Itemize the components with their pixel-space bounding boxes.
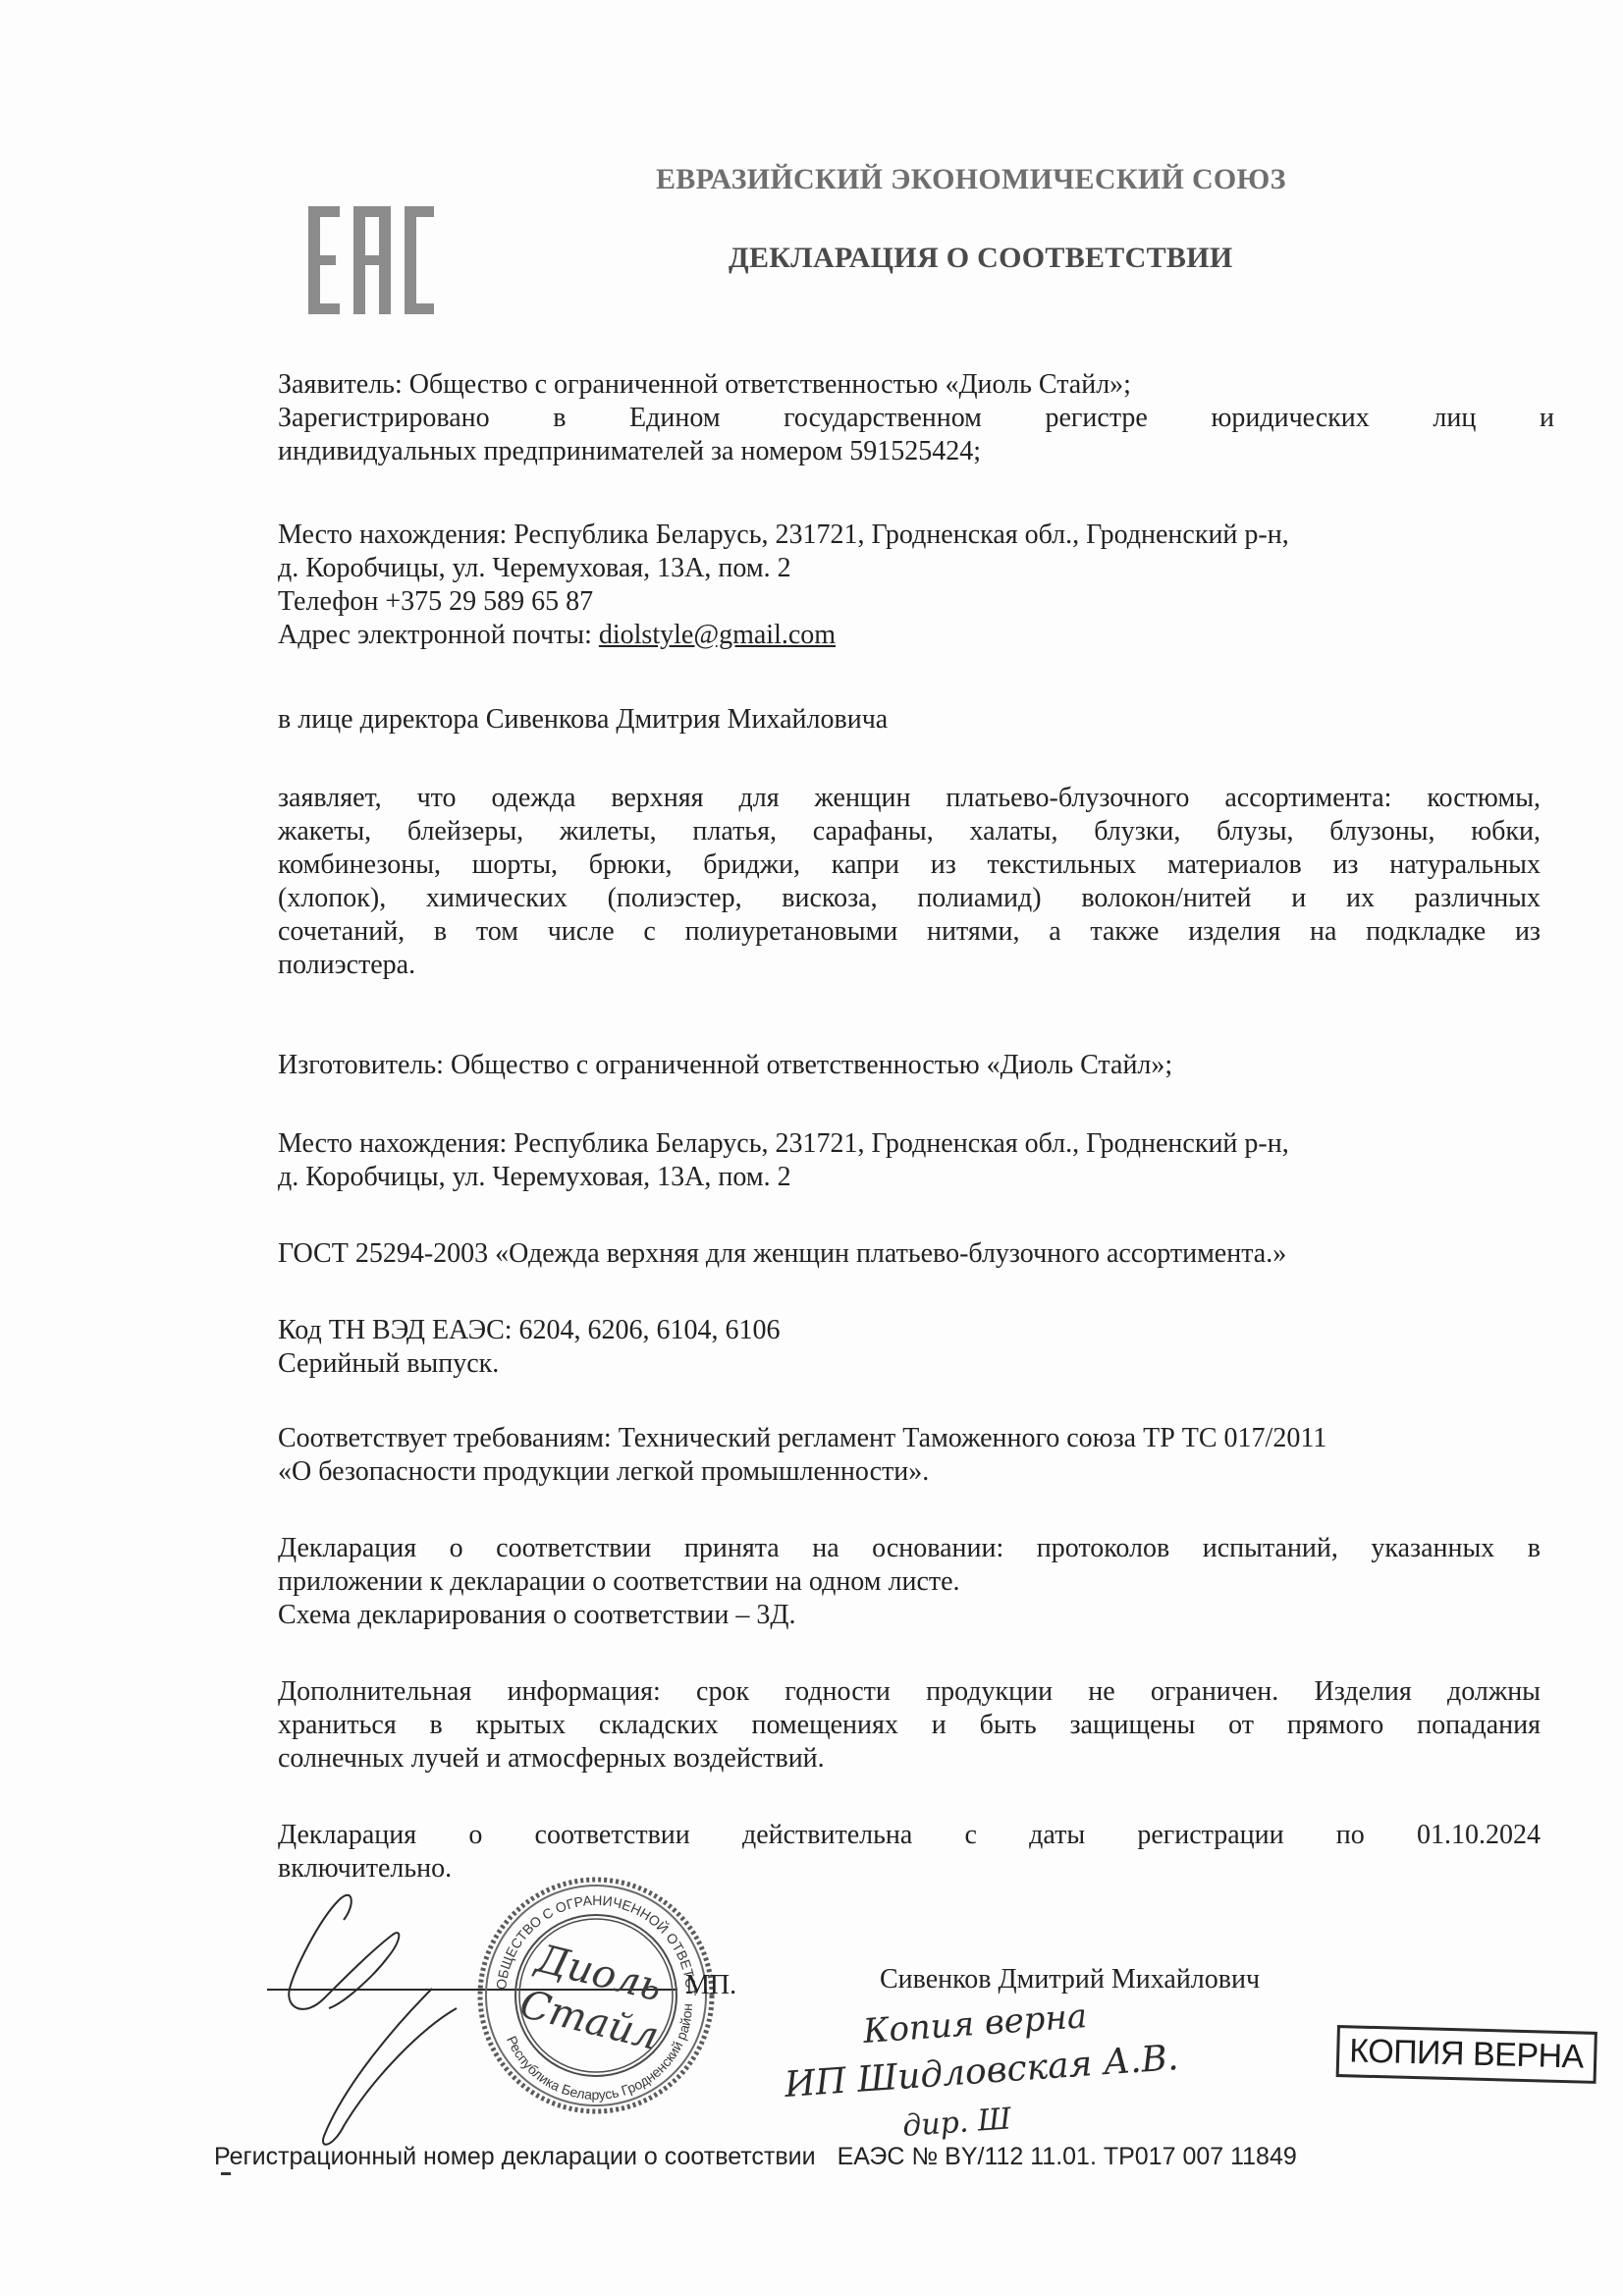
tn-ved-block: Код ТН ВЭД ЕАЭС: 6204, 6206, 6104, 6106 … — [278, 1314, 1554, 1381]
applicant-name: Заявитель: Общество с ограниченной ответ… — [278, 368, 1554, 402]
applicant-registration-line: ЗарегистрировановЕдиномгосударственномре… — [278, 402, 1554, 435]
email-link[interactable]: diolstyle@gmail.com — [599, 620, 836, 650]
validity-block: Декларация о соответствии действительна … — [278, 1819, 1541, 1886]
svg-text:ИП Шидловская А.В.: ИП Шидловская А.В. — [783, 2038, 1180, 2105]
manufacturer-address-block: Место нахождения: Республика Беларусь, 2… — [278, 1127, 1554, 1194]
address-line-1: Место нахождения: Республика Беларусь, 2… — [278, 519, 1554, 552]
registration-label: Регистрационный номер декларации о соотв… — [214, 2143, 816, 2170]
footer-dash — [221, 2172, 231, 2175]
additional-line-3: солнечных лучей и атмосферных воздействи… — [278, 1742, 1541, 1776]
applicant-registration-number: индивидуальных предпринимателей за номер… — [278, 435, 1554, 468]
seal-place-label: МП. — [685, 1970, 736, 2001]
manufacturer: Изготовитель: Общество с ограниченной от… — [278, 1049, 1554, 1082]
declaration-block: заявляет, что одежда верхняя для женщин … — [278, 782, 1541, 982]
registration-footer: Регистрационный номер декларации о соотв… — [214, 2143, 1297, 2171]
company-stamp-icon: ОБЩЕСТВО С ОГРАНИЧЕННОЙ ОТВЕТСТВЕННОСТЬЮ… — [476, 1876, 717, 2116]
declaration-line: сочетаний, в том числе с полиуретановыми… — [278, 915, 1541, 949]
manufacturer-address-line-2: д. Коробчицы, ул. Черемуховая, 13А, пом.… — [278, 1161, 1554, 1194]
compliance-block: Соответствует требованиям: Технический р… — [278, 1422, 1554, 1489]
tn-ved-code: Код ТН ВЭД ЕАЭС: 6204, 6206, 6104, 6106 — [278, 1314, 1554, 1347]
document-title: ДЕКЛАРАЦИЯ О СООТВЕТСТВИИ — [729, 242, 1232, 275]
validity-line-1: Декларация о соответствии действительна … — [278, 1819, 1541, 1852]
copy-certified-stamp: КОПИЯ ВЕРНА — [1336, 2025, 1597, 2084]
handwritten-certification-icon: Копия верна ИП Шидловская А.В. дир. Ш — [776, 2003, 1325, 2141]
email-row: Адрес электронной почты: diolstyle@gmail… — [278, 619, 1554, 652]
compliance-line-1: Соответствует требованиям: Технический р… — [278, 1422, 1554, 1455]
additional-info-block: Дополнительная информация: срок годности… — [278, 1675, 1541, 1776]
svg-text:Копия верна: Копия верна — [861, 2003, 1088, 2051]
gost-standard: ГОСТ 25294-2003 «Одежда верхняя для женщ… — [278, 1237, 1554, 1271]
document-page: ЕВРАЗИЙСКИЙ ЭКОНОМИЧЕСКИЙ СОЮЗ ДЕКЛАРАЦИ… — [0, 0, 1623, 2296]
applicant-address-block: Место нахождения: Республика Беларусь, 2… — [278, 519, 1554, 652]
eac-logo-icon — [308, 206, 434, 314]
declaration-line: (хлопок), химических (полиэстер, вискоза… — [278, 882, 1541, 915]
svg-text:дир. Ш: дир. Ш — [901, 2102, 1013, 2141]
signer-name: Сивенков Дмитрий Михайлович — [880, 1964, 1260, 1995]
additional-line-2: храниться в крытых складских помещениях … — [278, 1709, 1541, 1742]
declaration-line: комбинезоны, шорты, брюки, бриджи, капри… — [278, 848, 1541, 882]
registration-number: ЕАЭС № BY/112 11.01. ТР017 007 11849 — [838, 2143, 1297, 2170]
basis-line-2: приложении к декларации о соответствии н… — [278, 1565, 1541, 1599]
representative: в лице директора Сивенкова Дмитрия Михай… — [278, 703, 1554, 737]
basis-line-1: Декларация о соответствии принята на осн… — [278, 1532, 1541, 1565]
manufacturer-address-line-1: Место нахождения: Республика Беларусь, 2… — [278, 1127, 1554, 1161]
serial-release: Серийный выпуск. — [278, 1347, 1554, 1381]
declaration-scheme: Схема декларирования о соответствии – 3Д… — [278, 1599, 1541, 1632]
union-heading: ЕВРАЗИЙСКИЙ ЭКОНОМИЧЕСКИЙ СОЮЗ — [656, 163, 1286, 196]
additional-line-1: Дополнительная информация: срок годности… — [278, 1675, 1541, 1709]
declaration-line: полиэстера. — [278, 949, 1541, 982]
reg-word: Зарегистрировано — [278, 402, 490, 435]
applicant-block: Заявитель: Общество с ограниченной ответ… — [278, 368, 1554, 468]
phone: Телефон +375 29 589 65 87 — [278, 585, 1554, 619]
declaration-line: жакеты, блейзеры, жилеты, платья, сарафа… — [278, 815, 1541, 848]
basis-block: Декларация о соответствии принята на осн… — [278, 1532, 1541, 1632]
compliance-line-2: «О безопасности продукции легкой промышл… — [278, 1455, 1554, 1489]
declaration-line: заявляет, что одежда верхняя для женщин … — [278, 782, 1541, 815]
email-label: Адрес электронной почты: — [278, 620, 599, 650]
address-line-2: д. Коробчицы, ул. Черемуховая, 13А, пом.… — [278, 552, 1554, 585]
